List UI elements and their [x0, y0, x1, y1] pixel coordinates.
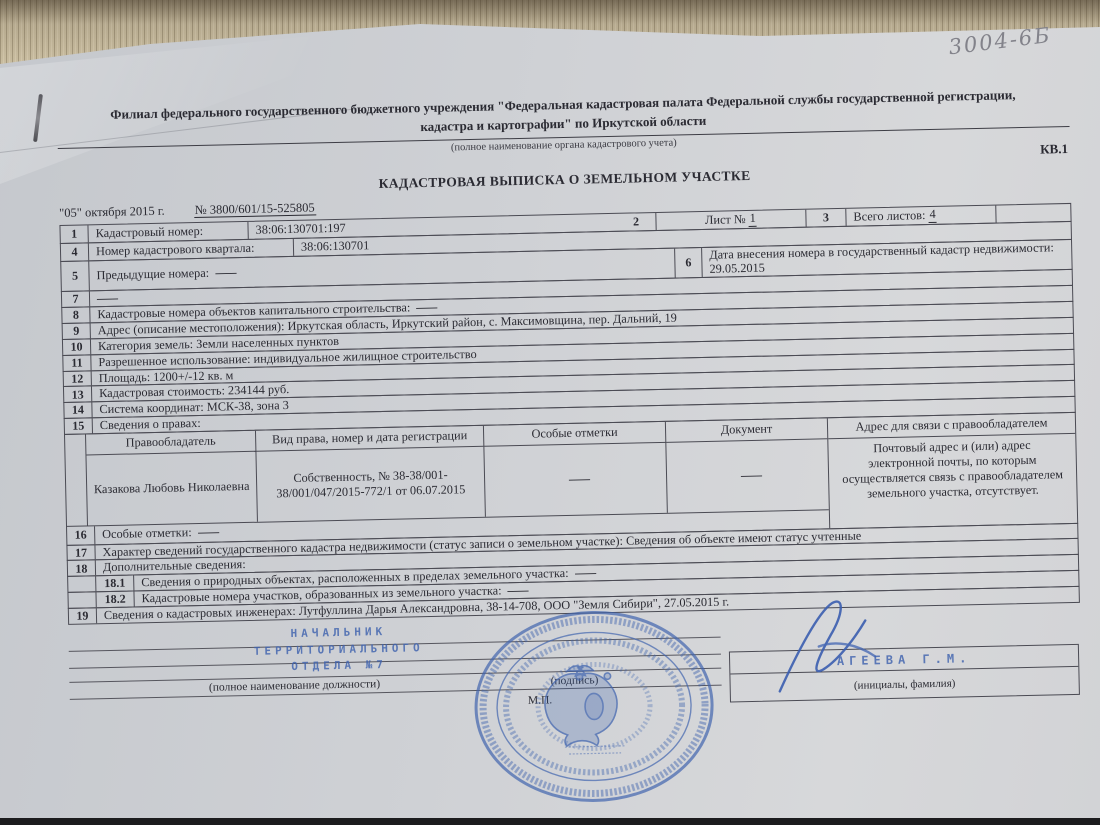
document-number: № 3800/601/15-525805: [194, 200, 316, 218]
row-label: Кадастровый номер:: [88, 222, 248, 242]
issue-date: "05" октября 2015 г.: [59, 203, 165, 219]
main-table: 1 Кадастровый номер: 38:06:130701:197 2 …: [59, 203, 1079, 625]
row-number: 18: [68, 561, 96, 576]
row-number-spacer: [68, 576, 96, 592]
row-number: 11: [63, 355, 91, 370]
row-number: 8: [62, 308, 90, 324]
dash-value: —: [416, 300, 437, 315]
row-label: Предыдущие номера:: [96, 266, 209, 283]
photo-bottom-edge: [0, 818, 1100, 825]
dash-value: —: [569, 472, 590, 487]
rights-notes: —: [484, 443, 667, 517]
row-number: 19: [69, 608, 97, 624]
cadastral-extract-document: Филиал федерального государственного бюд…: [56, 51, 1082, 737]
row-number: 18.2: [96, 592, 134, 608]
row-number: 16: [67, 526, 95, 545]
mp-seal-placeholder: М.П.: [528, 695, 553, 708]
row-number: 17: [67, 545, 95, 560]
empty-cell: [996, 204, 1070, 223]
sheet-label: Лист №: [705, 212, 746, 228]
rights-table: Правообладатель Вид права, номер и дата …: [64, 412, 1078, 546]
row-number: 3: [806, 209, 846, 227]
owner-contact-address: Почтовый адрес и (или) адрес электронной…: [828, 434, 1077, 528]
row-number: 9: [63, 324, 91, 340]
dash-value: —: [215, 265, 236, 280]
sheet-value: 1: [749, 211, 757, 227]
position-stamp-text: НАЧАЛЬНИК ТЕРРИТОРИАЛЬНОГО ОТДЕЛА №7: [178, 622, 499, 678]
dash-value: —: [97, 291, 118, 306]
owner-name: Казакова Любовь Николаевна: [86, 451, 257, 525]
row-number: 6: [674, 248, 703, 278]
dash-value: —: [198, 525, 219, 540]
row-number: 14: [64, 403, 92, 418]
row-number: 5: [61, 261, 90, 291]
row-number: 10: [63, 340, 91, 355]
dash-value: —: [508, 583, 529, 598]
row-number: 15: [65, 418, 93, 433]
photo-scene: 3004-6Б Филиал федерального государствен…: [0, 0, 1100, 825]
dash-value: —: [575, 566, 596, 581]
right-type: Собственность, № 38-38/001-38/001/047/20…: [256, 446, 485, 521]
total-sheets-label: Всего листов:: [853, 208, 925, 224]
row-number: 4: [61, 243, 89, 261]
rights-table-left: Правообладатель Вид права, номер и дата …: [65, 418, 829, 545]
row-number: 18.1: [96, 576, 134, 592]
row-number: 1: [60, 225, 88, 243]
total-sheets-value: 4: [928, 207, 936, 223]
row-number: 12: [64, 371, 92, 386]
rights-table-right: Адрес для связи с правообладателем Почто…: [827, 413, 1077, 528]
total-sheets: Всего листов: 4: [846, 205, 996, 225]
name-box: АГЕЕВА Г.М. (инициалы, фамилия): [729, 644, 1080, 703]
sheet-number: Лист № 1: [656, 209, 806, 229]
row-number: 7: [62, 292, 90, 308]
dash-value: —: [741, 468, 762, 483]
row-number-spacer: [68, 592, 96, 608]
row-number: 2: [616, 213, 656, 231]
row-label: Особые отметки:: [102, 526, 192, 543]
rights-document: —: [666, 439, 828, 512]
row-number: 13: [64, 387, 92, 402]
